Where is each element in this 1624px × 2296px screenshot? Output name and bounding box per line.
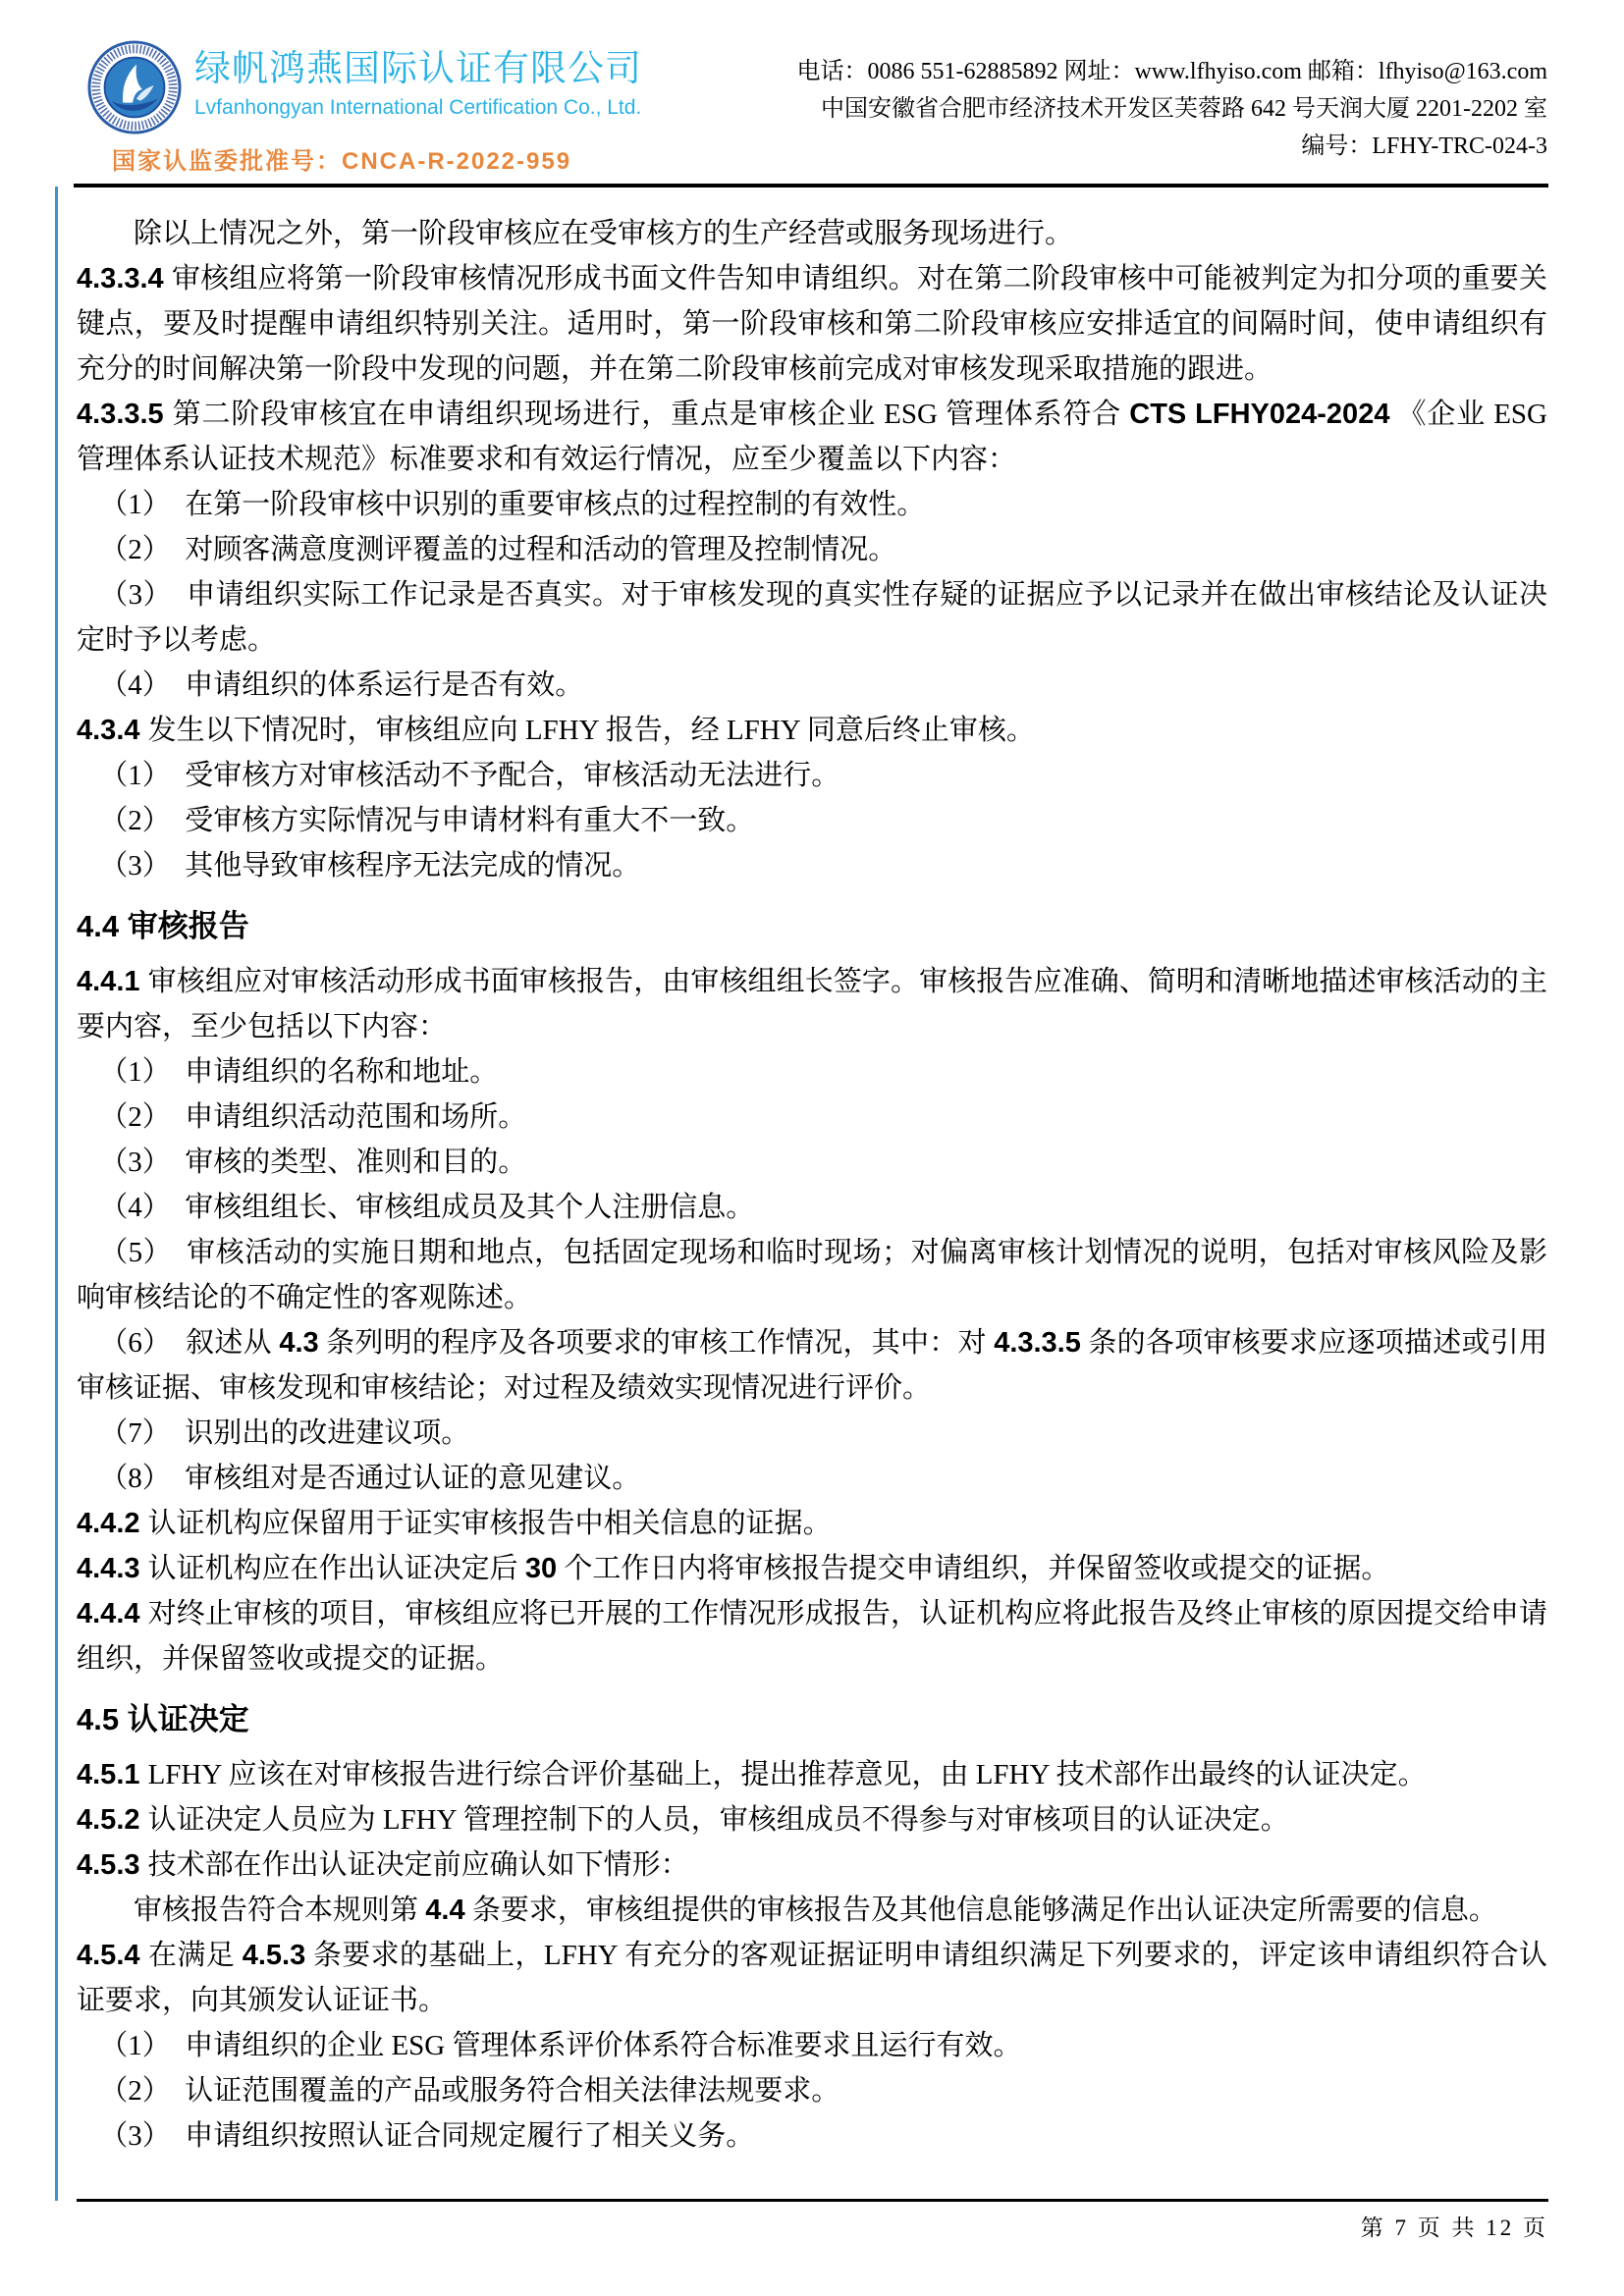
paragraph: 4.3.4 发生以下情况时，审核组应向 LFHY 报告，经 LFHY 同意后终止…: [77, 708, 1547, 753]
page-number: 第 7 页 共 12 页: [77, 2202, 1548, 2242]
approval-number: 国家认监委批准号：CNCA-R-2022-959: [112, 141, 715, 176]
list-item: （1） 在第一阶段审核中识别的重要审核点的过程控制的有效性。: [77, 482, 1547, 527]
list-item: （3） 申请组织按照认证合同规定履行了相关义务。: [77, 2113, 1547, 2159]
list-item: （5） 审核活动的实施日期和地点，包括固定现场和临时现场；对偏离审核计划情况的说…: [77, 1230, 1547, 1320]
paragraph: 4.4.4 对终止审核的项目，审核组应将已开展的工作情况形成报告，认证机构应将此…: [77, 1591, 1547, 1682]
company-name-cn: 绿帆鸿燕国际认证有限公司: [194, 47, 642, 90]
list-item: （1） 受审核方对审核活动不予配合，审核活动无法进行。: [77, 753, 1547, 798]
document-body: 除以上情况之外，第一阶段审核应在受审核方的生产经营或服务现场进行。4.3.3.4…: [0, 187, 1624, 2159]
paragraph: 4.5.4 在满足 4.5.3 条要求的基础上，LFHY 有充分的客观证据证明申…: [77, 1933, 1547, 2023]
list-item: （3） 其他导致审核程序无法完成的情况。: [77, 843, 1547, 888]
document-page: 绿帆鸿燕国际认证有限公司 Lvfanhongyan International …: [0, 0, 1624, 2296]
left-accent-line: [55, 187, 58, 2201]
paragraph: 4.4.2 认证机构应保留用于证实审核报告中相关信息的证据。: [77, 1501, 1547, 1546]
header-brand-block: 绿帆鸿燕国际认证有限公司 Lvfanhongyan International …: [86, 39, 715, 176]
document-number: 编号：LFHY-TRC-024-3: [796, 128, 1547, 165]
brand-row: 绿帆鸿燕国际认证有限公司 Lvfanhongyan International …: [86, 39, 715, 135]
list-item: （8） 审核组对是否通过认证的意见建议。: [77, 1456, 1547, 1501]
paragraph: 4.3.3.5 第二阶段审核宜在申请组织现场进行，重点是审核企业 ESG 管理体…: [77, 392, 1547, 482]
header-contact-block: 电话：0086 551-62885892 网址：www.lfhyiso.com …: [796, 39, 1547, 165]
paragraph: 4.5.2 认证决定人员应为 LFHY 管理控制下的人员，审核组成员不得参与对审…: [77, 1797, 1547, 1842]
company-logo-icon: [86, 39, 183, 135]
page-footer: 第 7 页 共 12 页: [77, 2199, 1548, 2242]
paragraph: 4.5.1 LFHY 应该在对审核报告进行综合评价基础上，提出推荐意见，由 LF…: [77, 1752, 1547, 1797]
list-item: （7） 识别出的改进建议项。: [77, 1411, 1547, 1456]
address-line: 中国安徽省合肥市经济技术开发区芙蓉路 642 号天润大厦 2201-2202 室: [796, 90, 1547, 128]
company-name-en: Lvfanhongyan International Certification…: [194, 95, 642, 121]
paragraph: 审核报告符合本规则第 4.4 条要求，审核组提供的审核报告及其他信息能够满足作出…: [77, 1888, 1547, 1933]
paragraph: 4.3.3.4 审核组应将第一阶段审核情况形成书面文件告知申请组织。对在第二阶段…: [77, 256, 1547, 392]
paragraph: 4.5.3 技术部在作出认证决定前应确认如下情形：: [77, 1842, 1547, 1888]
paragraph: 4.4.3 认证机构应在作出认证决定后 30 个工作日内将审核报告提交申请组织，…: [77, 1546, 1547, 1591]
section-heading: 4.5 认证决定: [77, 1697, 1547, 1742]
list-item: （4） 审核组组长、审核组成员及其个人注册信息。: [77, 1185, 1547, 1230]
paragraph: 4.4.1 审核组应对审核活动形成书面审核报告，由审核组组长签字。审核报告应准确…: [77, 959, 1547, 1049]
list-item: （1） 申请组织的名称和地址。: [77, 1049, 1547, 1095]
list-item: （3） 申请组织实际工作记录是否真实。对于审核发现的真实性存疑的证据应予以记录并…: [77, 572, 1547, 663]
list-item: （2） 受审核方实际情况与申请材料有重大不一致。: [77, 798, 1547, 843]
contact-line: 电话：0086 551-62885892 网址：www.lfhyiso.com …: [796, 53, 1547, 90]
company-titles: 绿帆鸿燕国际认证有限公司 Lvfanhongyan International …: [194, 39, 642, 121]
list-item: （6） 叙述从 4.3 条列明的程序及各项要求的审核工作情况，其中：对 4.3.…: [77, 1320, 1547, 1411]
list-item: （1） 申请组织的企业 ESG 管理体系评价体系符合标准要求且运行有效。: [77, 2023, 1547, 2068]
paragraph: 除以上情况之外，第一阶段审核应在受审核方的生产经营或服务现场进行。: [77, 211, 1547, 256]
page-header: 绿帆鸿燕国际认证有限公司 Lvfanhongyan International …: [0, 0, 1624, 176]
section-heading: 4.4 审核报告: [77, 904, 1547, 949]
list-item: （3） 审核的类型、准则和目的。: [77, 1140, 1547, 1185]
list-item: （4） 申请组织的体系运行是否有效。: [77, 663, 1547, 708]
list-item: （2） 认证范围覆盖的产品或服务符合相关法律法规要求。: [77, 2068, 1547, 2113]
list-item: （2） 申请组织活动范围和场所。: [77, 1095, 1547, 1140]
list-item: （2） 对顾客满意度测评覆盖的过程和活动的管理及控制情况。: [77, 527, 1547, 572]
